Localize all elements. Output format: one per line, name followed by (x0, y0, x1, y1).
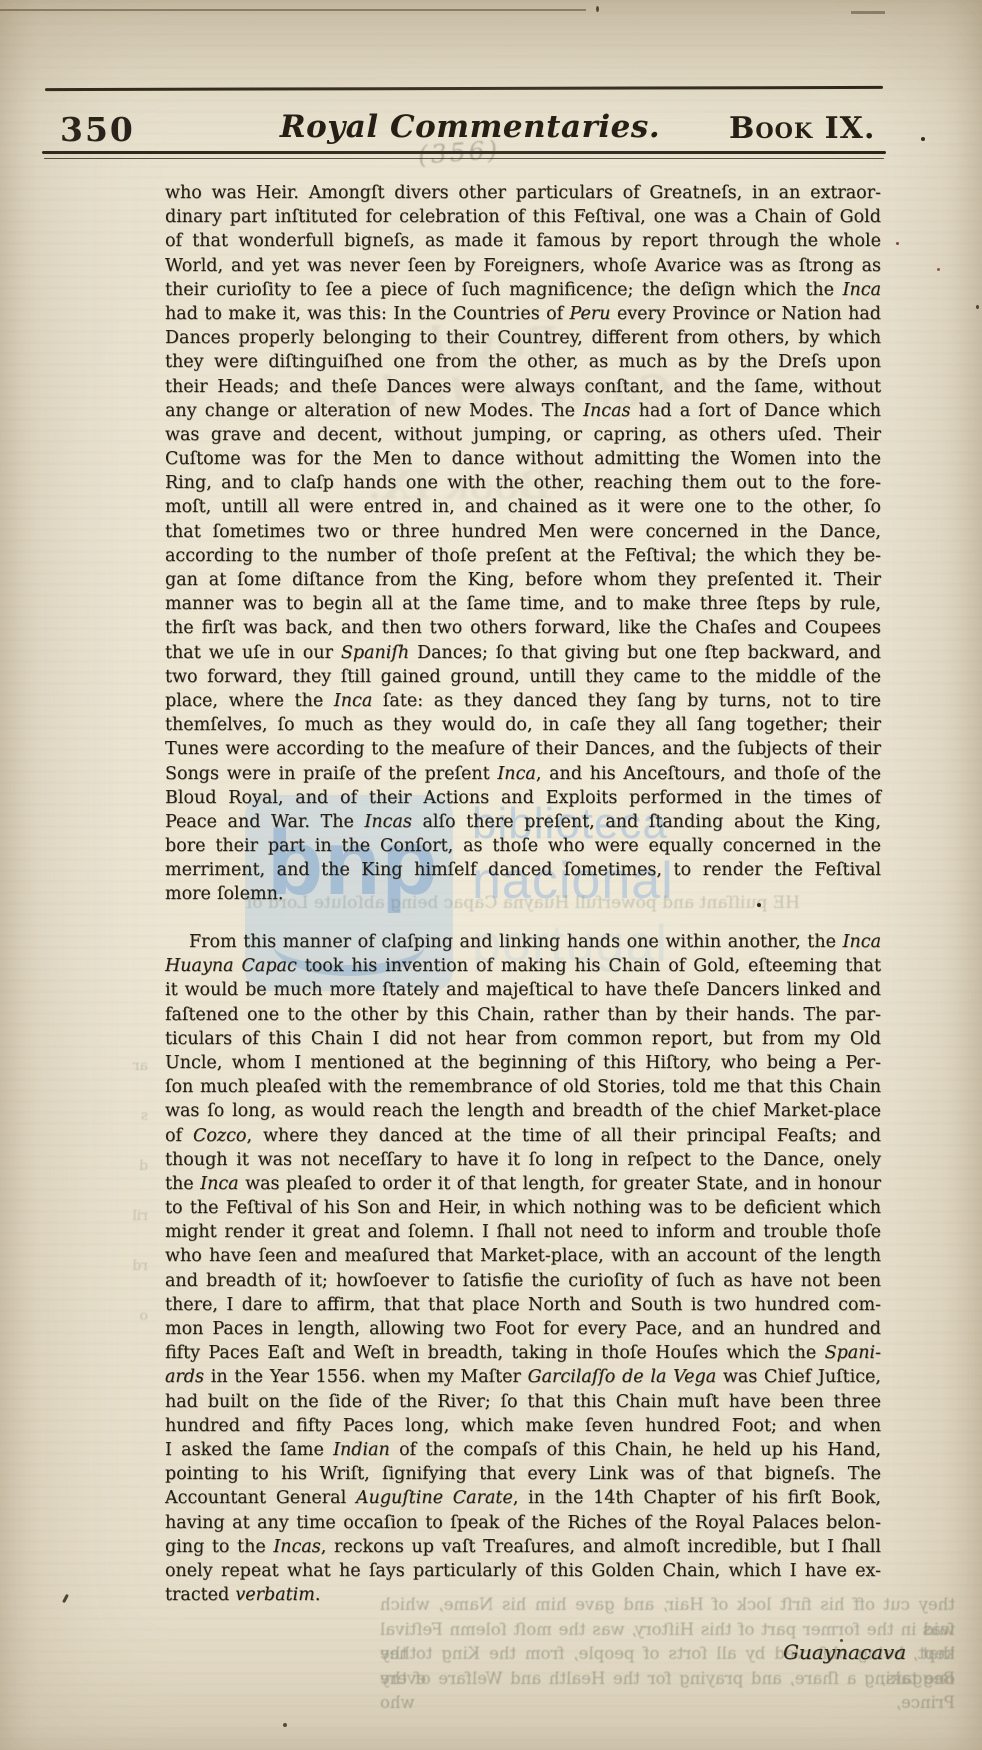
text-line: was ſo long, as would reach the length a… (165, 1099, 881, 1123)
text-line: there, I dare to affirm, that that place… (165, 1293, 881, 1317)
text-line: and breadth of it; howſoever to ſatisfie… (165, 1269, 881, 1293)
text-line: had built on the ſide of the River; ſo t… (165, 1390, 881, 1414)
text-line: themſelves, ſo much as they would do, in… (165, 713, 881, 737)
ink-speck (896, 242, 899, 245)
header-rule-top (45, 86, 883, 91)
page-number: 350 (60, 110, 135, 149)
text-line: though it was not neceſſary to have it ſ… (165, 1148, 881, 1172)
text-line: having at any time occaſion to ſpeak of … (165, 1511, 881, 1535)
text-line: gan at ſome diſtance from the King, befo… (165, 568, 881, 592)
catchword: Guaynacava (783, 1640, 906, 1664)
text-line: who have ſeen and meaſured that Market-p… (165, 1244, 881, 1268)
text-line: the firſt was back, and then two others … (165, 616, 881, 640)
showthrough-margin-mark: d (139, 1158, 148, 1174)
ink-speck (840, 1639, 843, 1642)
top-edge-line-left (0, 9, 586, 11)
showthrough-margin-mark: ar (133, 1058, 148, 1074)
text-line: onely repeat what he ſays particularly o… (165, 1559, 881, 1583)
book-page-scan: 350 Royal Commentaries. Book IX. (356) b… (0, 0, 982, 1750)
text-line: might render it great and ſolemn. I ſhal… (165, 1220, 881, 1244)
text-line: they were diſtinguiſhed one from the oth… (165, 350, 881, 374)
text-line: Huayna Capac took his invention of makin… (165, 954, 881, 978)
text-line: hundred and fifty Paces long, which make… (165, 1414, 881, 1438)
text-line: any change or alteration of new Modes. T… (165, 399, 881, 423)
text-line: pointing to his Wriſt, ſignifying that e… (165, 1462, 881, 1486)
text-line: their Heads; and theſe Dances were alway… (165, 375, 881, 399)
text-line: manner was to begin all at the ſame time… (165, 592, 881, 616)
text-line: Bloud Royal, and of their Actions and Ex… (165, 786, 881, 810)
showthrough-margin-mark: ril (132, 1208, 148, 1224)
text-line: mon Paces in length, allowing two Foot f… (165, 1317, 881, 1341)
text-line: Uncle, whom I mentioned at the beginning… (165, 1051, 881, 1075)
ink-speck (976, 305, 979, 309)
text-line: that we uſe in our Spaniſh Dances; ſo th… (165, 641, 881, 665)
text-line: was grave and decent, without jumping, o… (165, 423, 881, 447)
header-rule-bottom-thin (44, 158, 884, 159)
text-line: ards in the Year 1556. when my Maſter Ga… (165, 1365, 881, 1389)
top-edge-line-right (851, 11, 885, 14)
text-line: fifty Paces Eaſt and Weſt in breadth, ta… (165, 1341, 881, 1365)
text-line: who (380, 1691, 955, 1716)
text-line: that ſometimes two or three hundred Men … (165, 520, 881, 544)
text-line: merriment, and the King himſelf danced ſ… (165, 858, 881, 882)
text-line: ticulars of this Chain I did not hear fr… (165, 1027, 881, 1051)
text-line: Songs were in praiſe of the preſent Inca… (165, 762, 881, 786)
text-line: more ſolemn. (165, 882, 881, 906)
text-line: Tunes were according to the meaſure of t… (165, 737, 881, 761)
text-line: one taking a ſhare, and praying for the … (380, 1667, 955, 1692)
text-line: had to make it, was this: In the Countri… (165, 302, 881, 326)
showthrough-margin-mark: o (140, 1308, 148, 1324)
text-line: bore their part in the Conſort, as thoſe… (165, 834, 881, 858)
text-line: their curioſity to ſee a piece of ſuch m… (165, 278, 881, 302)
ink-speck (596, 6, 599, 12)
text-line: of that wonderfull bigneſs, as made it f… (165, 229, 881, 253)
showthrough-margin-mark: rd (132, 1258, 148, 1274)
text-line: faſtened one to the other by this Chain,… (165, 1003, 881, 1027)
text-line: World, and yet was never ſeen by Foreign… (165, 254, 881, 278)
text-line: two forward, they ſtill gained ground, u… (165, 665, 881, 689)
text-line: moſt, untill all were entred in, and cha… (165, 495, 881, 519)
text-line: the Inca was pleaſed to order it of that… (165, 1172, 881, 1196)
text-line: From this manner of claſping and linking… (165, 930, 881, 954)
paragraph-1: who was Heir. Amongſt divers other parti… (165, 181, 881, 907)
text-line: tracted verbatim. (165, 1583, 881, 1607)
text-line: of Cozco, where they danced at the time … (165, 1124, 881, 1148)
ink-speck (937, 268, 940, 271)
text-line: place, where the Inca ſate: as they danc… (165, 689, 881, 713)
text-line: Cuſtome was for the Men to dance without… (165, 447, 881, 471)
paragraph-2: From this manner of claſping and linking… (165, 930, 881, 1607)
text-line: ſaid in the former part of this Hiſtory,… (380, 1618, 955, 1643)
text-line: it would be much more ſtately and majeſt… (165, 978, 881, 1002)
ink-speck (62, 1594, 69, 1603)
running-title: Royal Commentaries. (250, 109, 690, 145)
book-label: Book IX. (729, 111, 919, 146)
text-line: dinary part inſtituted for celebration o… (165, 205, 881, 229)
text-line: who was Heir. Amongſt divers other parti… (165, 181, 881, 205)
ink-speck (921, 137, 925, 141)
ink-speck (757, 903, 761, 907)
text-line: I asked the ſame Indian of the compaſs o… (165, 1438, 881, 1462)
header-rule-bottom-thick (42, 151, 886, 154)
text-line: ſon much pleaſed with the remembrance of… (165, 1075, 881, 1099)
text-line: Ring, and to claſp hands one with the ot… (165, 471, 881, 495)
text-line: Accountant General Auguſtine Carate, in … (165, 1486, 881, 1510)
showthrough-margin-mark: s (141, 1108, 148, 1124)
text-line: Peace and War. The Incas alſo there preſ… (165, 810, 881, 834)
text-line: ging to the Incas, reckons up vaſt Treaſ… (165, 1535, 881, 1559)
text-line: to the Feſtival of his Son and Heir, in … (165, 1196, 881, 1220)
ink-speck (283, 1723, 287, 1727)
text-line: Dances properly belonging to their Count… (165, 326, 881, 350)
text-line: according to the number of thoſe preſent… (165, 544, 881, 568)
